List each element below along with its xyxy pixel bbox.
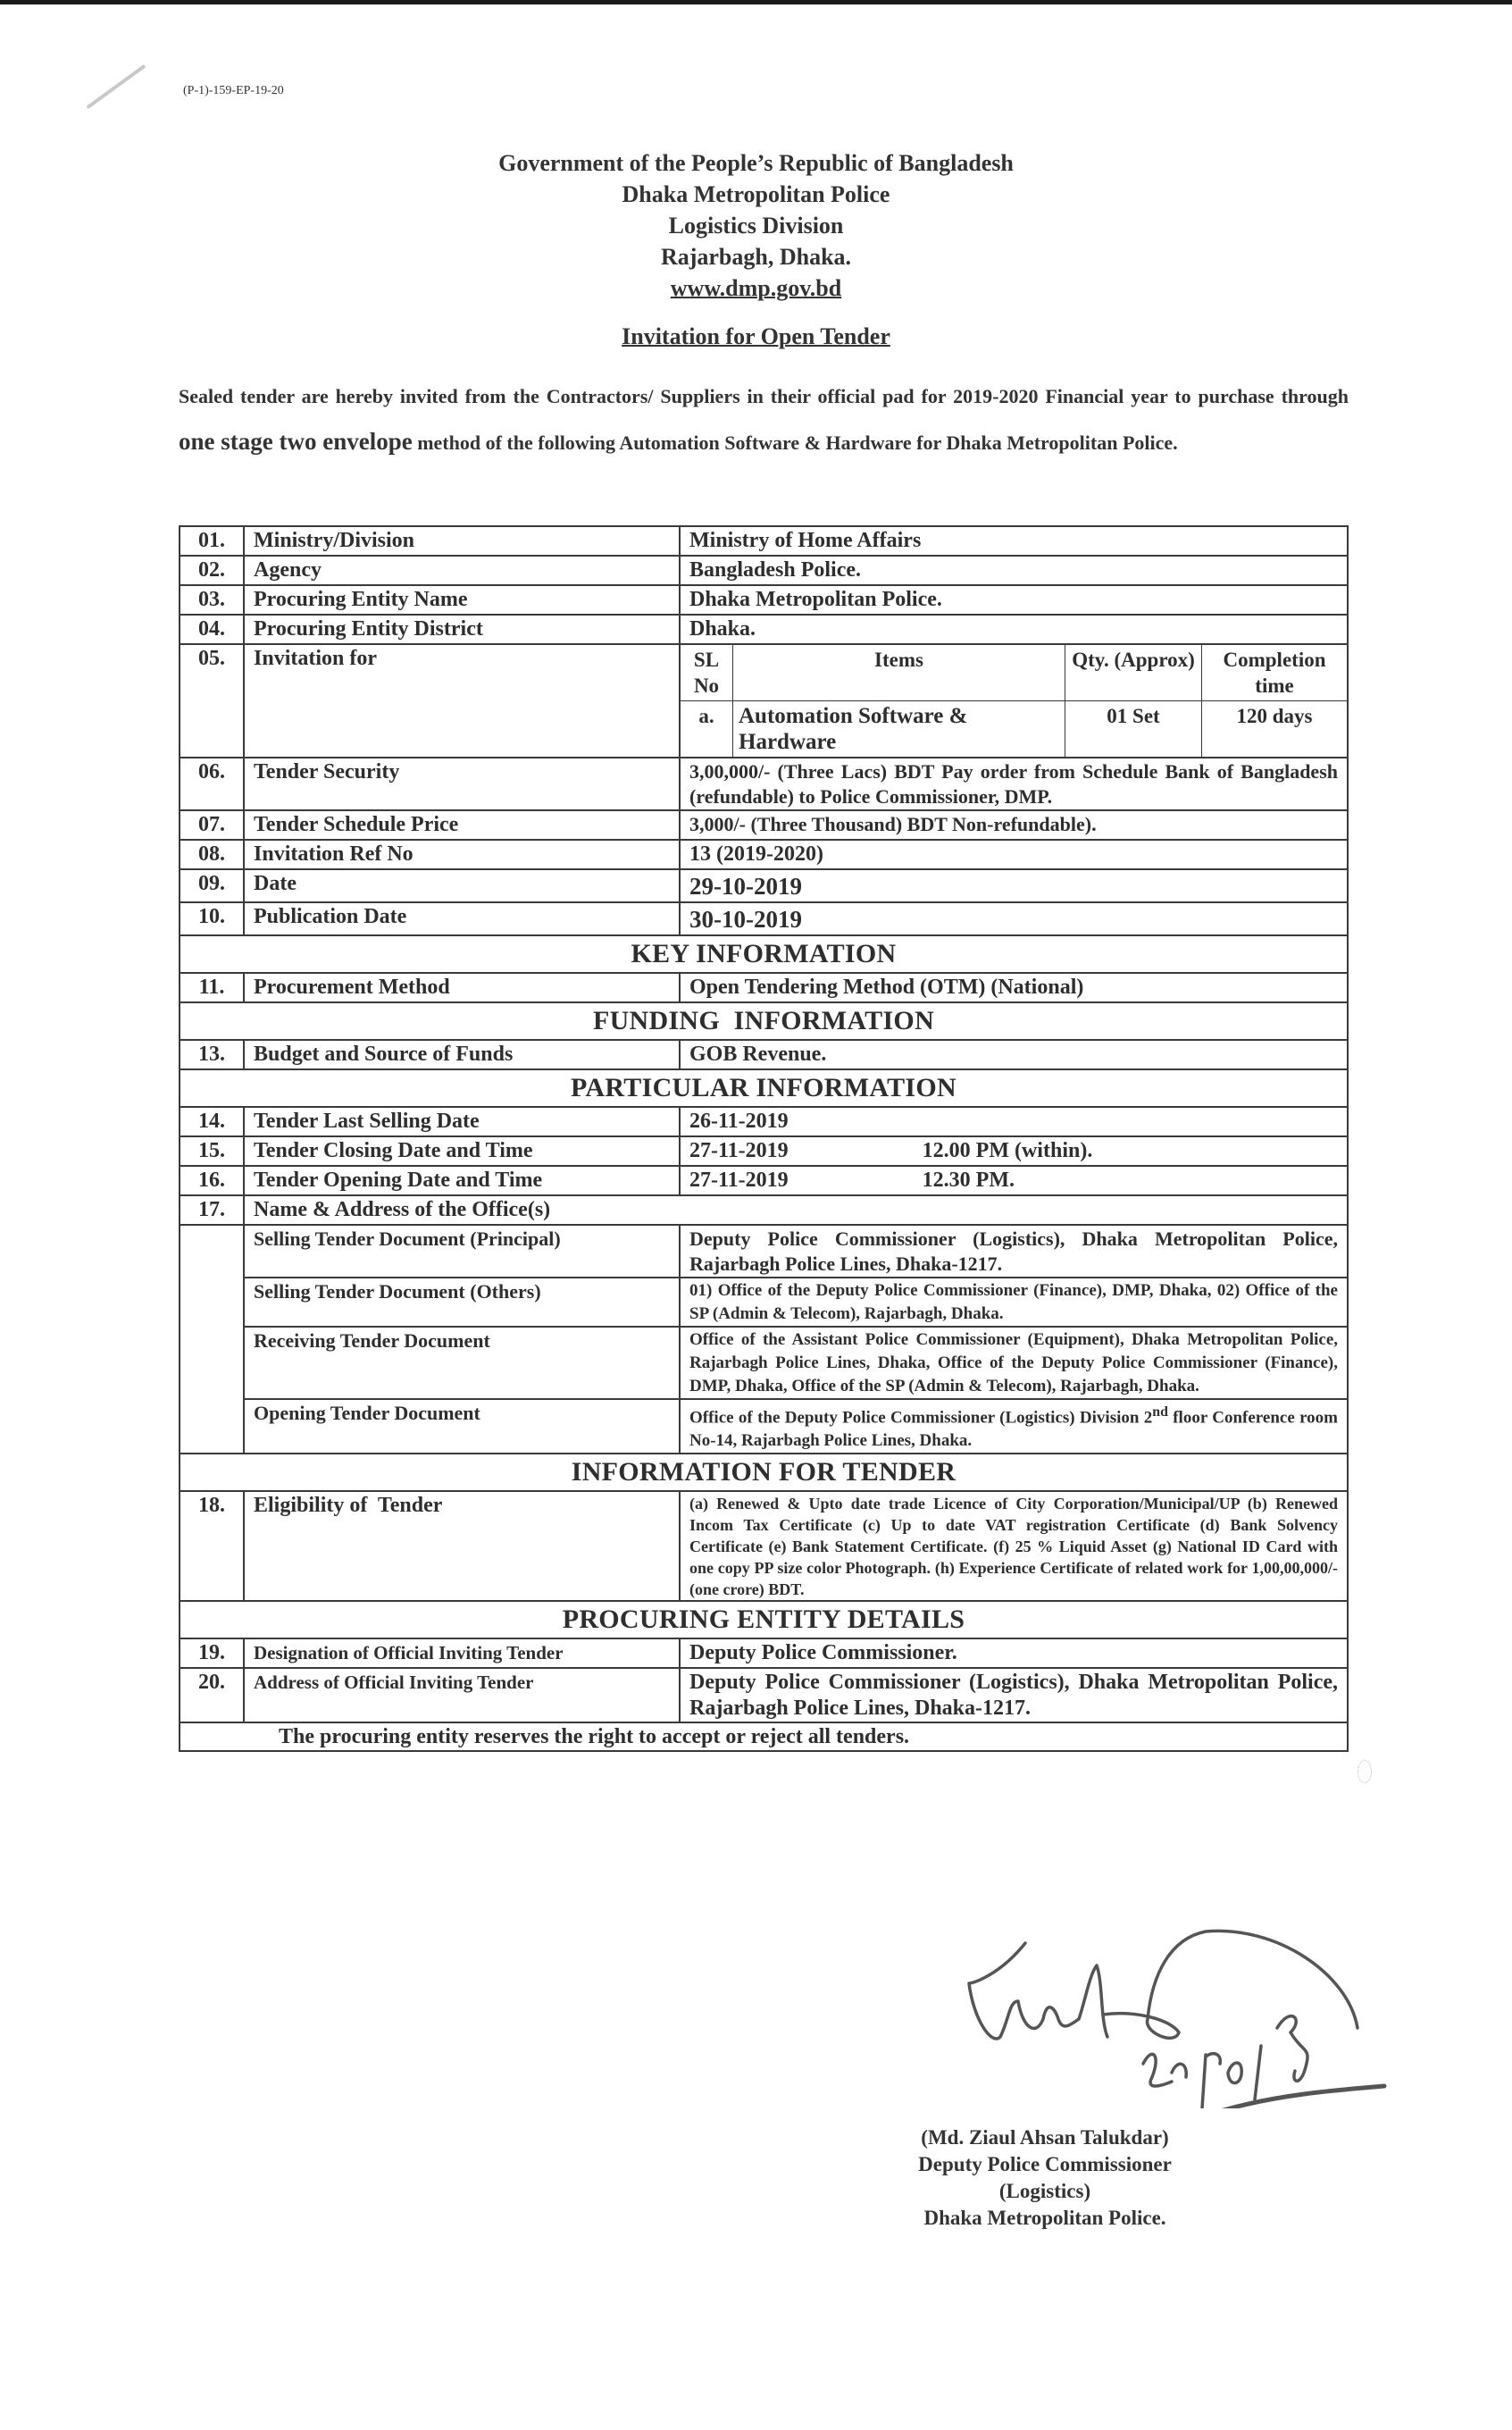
intro-text-1: Sealed tender are hereby invited from th… bbox=[179, 385, 1349, 407]
pencil-mark bbox=[86, 64, 146, 109]
section-particular-information: PARTICULAR INFORMATION bbox=[180, 1069, 1348, 1107]
table-row: 05. Invitation for SL No Items Qty. (App… bbox=[180, 644, 1348, 758]
signatory-designation: Deputy Police Commissioner bbox=[857, 2151, 1232, 2178]
row-number: 02. bbox=[180, 556, 244, 585]
row-value: 3,00,000/- (Three Lacs) BDT Pay order fr… bbox=[680, 758, 1348, 810]
office-value: Office of the Assistant Police Commissio… bbox=[680, 1327, 1348, 1399]
row-number: 07. bbox=[180, 810, 244, 840]
item-completion-time: 120 days bbox=[1202, 701, 1348, 758]
opening-time: 12.30 PM. bbox=[923, 1169, 1015, 1192]
office-value: Office of the Deputy Police Commissioner… bbox=[680, 1399, 1348, 1454]
row-label: Designation of Official Inviting Tender bbox=[244, 1638, 680, 1668]
row-number: 20. bbox=[180, 1668, 244, 1722]
closing-date: 27-11-2019 bbox=[689, 1139, 789, 1162]
row-value: 27-11-201912.00 PM (within). bbox=[680, 1136, 1348, 1166]
row-label: Invitation for bbox=[244, 644, 680, 758]
row-label: Procuring Entity District bbox=[244, 615, 680, 644]
letterhead-organization: Dhaka Metropolitan Police bbox=[0, 179, 1512, 210]
website-link[interactable]: www.dmp.gov.bd bbox=[671, 275, 841, 301]
handwritten-signature bbox=[938, 1921, 1474, 2108]
row-number: 06. bbox=[180, 758, 244, 810]
office-label: Selling Tender Document (Others) bbox=[244, 1278, 680, 1327]
section-row: FUNDING INFORMATION bbox=[180, 1002, 1348, 1040]
office-row: Receiving Tender Document Office of the … bbox=[180, 1327, 1348, 1399]
items-header-row: SL No Items Qty. (Approx) Completion tim… bbox=[681, 645, 1347, 701]
closing-time: 12.00 PM (within). bbox=[923, 1139, 1093, 1162]
tender-info-table: 01. Ministry/Division Ministry of Home A… bbox=[179, 525, 1349, 1752]
row-number: 13. bbox=[180, 1040, 244, 1069]
section-row: PARTICULAR INFORMATION bbox=[180, 1069, 1348, 1107]
table-row: 01. Ministry/Division Ministry of Home A… bbox=[180, 526, 1348, 556]
row-value: 29-10-2019 bbox=[680, 869, 1348, 902]
office-value: 01) Office of the Deputy Police Commissi… bbox=[680, 1278, 1348, 1327]
items-row: a. Automation Software & Hardware 01 Set… bbox=[681, 701, 1347, 758]
office-row: Selling Tender Document (Principal) Depu… bbox=[180, 1225, 1348, 1278]
letterhead-government: Government of the People’s Republic of B… bbox=[0, 147, 1512, 179]
table-row: 13. Budget and Source of Funds GOB Reven… bbox=[180, 1040, 1348, 1069]
section-procuring-entity-details: PROCURING ENTITY DETAILS bbox=[180, 1601, 1348, 1638]
letterhead-division: Logistics Division bbox=[0, 210, 1512, 241]
row-value: 30-10-2019 bbox=[680, 902, 1348, 935]
item-qty: 01 Set bbox=[1065, 701, 1202, 758]
row-value: Deputy Police Commissioner. bbox=[680, 1638, 1348, 1668]
row-number: 05. bbox=[180, 644, 244, 758]
row-label: Tender Opening Date and Time bbox=[244, 1166, 680, 1195]
table-row: 06. Tender Security 3,00,000/- (Three La… bbox=[180, 758, 1348, 810]
intro-emphasis: one stage two envelope bbox=[179, 428, 413, 455]
row-number: 10. bbox=[180, 902, 244, 935]
items-header-items: Items bbox=[733, 645, 1065, 701]
row-label: Procuring Entity Name bbox=[244, 585, 680, 615]
table-row: 17. Name & Address of the Office(s) bbox=[180, 1195, 1348, 1225]
items-table: SL No Items Qty. (Approx) Completion tim… bbox=[681, 645, 1347, 757]
row-value: Bangladesh Police. bbox=[680, 556, 1348, 585]
footer-row: The procuring entity reserves the right … bbox=[180, 1722, 1348, 1751]
row-number: 15. bbox=[180, 1136, 244, 1166]
table-row: 03. Procuring Entity Name Dhaka Metropol… bbox=[180, 585, 1348, 615]
row-number: 11. bbox=[180, 973, 244, 1002]
row-value: Deputy Police Commissioner (Logistics), … bbox=[680, 1668, 1348, 1722]
row-label: Procurement Method bbox=[244, 973, 680, 1002]
row-value: 27-11-201912.30 PM. bbox=[680, 1166, 1348, 1195]
row-number: 14. bbox=[180, 1107, 244, 1136]
section-funding-information: FUNDING INFORMATION bbox=[180, 1002, 1348, 1040]
row-value: (a) Renewed & Upto date trade Licence of… bbox=[680, 1491, 1348, 1601]
margin-mark bbox=[1357, 1760, 1372, 1783]
row-number: 04. bbox=[180, 615, 244, 644]
row-value: Dhaka. bbox=[680, 615, 1348, 644]
table-row: 18. Eligibility of Tender (a) Renewed & … bbox=[180, 1491, 1348, 1601]
office-label: Selling Tender Document (Principal) bbox=[244, 1225, 680, 1278]
signatory-name: (Md. Ziaul Ahsan Talukdar) bbox=[857, 2124, 1232, 2151]
row-number: 16. bbox=[180, 1166, 244, 1195]
table-row: 09. Date 29-10-2019 bbox=[180, 869, 1348, 902]
row-label: Address of Official Inviting Tender bbox=[244, 1668, 680, 1722]
letterhead-location: Rajarbagh, Dhaka. bbox=[0, 241, 1512, 272]
table-row: 10. Publication Date 30-10-2019 bbox=[180, 902, 1348, 935]
row-value: 26-11-2019 bbox=[680, 1107, 1348, 1136]
section-row: INFORMATION FOR TENDER bbox=[180, 1454, 1348, 1491]
row-label: Invitation Ref No bbox=[244, 840, 680, 869]
table-row: 16. Tender Opening Date and Time 27-11-2… bbox=[180, 1166, 1348, 1195]
table-row: 20. Address of Official Inviting Tender … bbox=[180, 1668, 1348, 1722]
row-number: 18. bbox=[180, 1491, 244, 1601]
table-row: 08. Invitation Ref No 13 (2019-2020) bbox=[180, 840, 1348, 869]
section-row: PROCURING ENTITY DETAILS bbox=[180, 1601, 1348, 1638]
row-number: 01. bbox=[180, 526, 244, 556]
row-number-blank bbox=[180, 1225, 244, 1454]
section-key-information: KEY INFORMATION bbox=[180, 935, 1348, 973]
row-label: Eligibility of Tender bbox=[244, 1491, 680, 1601]
scan-top-edge bbox=[0, 0, 1512, 4]
row-value: Dhaka Metropolitan Police. bbox=[680, 585, 1348, 615]
row-label: Agency bbox=[244, 556, 680, 585]
signatory-department: (Logistics) bbox=[857, 2178, 1232, 2205]
items-header-qty: Qty. (Approx) bbox=[1065, 645, 1202, 701]
office-value: Deputy Police Commissioner (Logistics), … bbox=[680, 1225, 1348, 1278]
reference-code: (P-1)-159-EP-19-20 bbox=[183, 84, 284, 98]
row-label: Tender Schedule Price bbox=[244, 810, 680, 840]
row-label: Tender Last Selling Date bbox=[244, 1107, 680, 1136]
office-value-superscript: nd bbox=[1152, 1404, 1168, 1420]
office-label: Opening Tender Document bbox=[244, 1399, 680, 1454]
reservation-note: The procuring entity reserves the right … bbox=[180, 1722, 1348, 1751]
row-label: Name & Address of the Office(s) bbox=[244, 1195, 1348, 1225]
row-value: 3,000/- (Three Thousand) BDT Non-refunda… bbox=[680, 810, 1348, 840]
row-value: 13 (2019-2020) bbox=[680, 840, 1348, 869]
row-number: 08. bbox=[180, 840, 244, 869]
document-title: Invitation for Open Tender bbox=[0, 323, 1512, 350]
office-value-text: Office of the Deputy Police Commissioner… bbox=[689, 1408, 1152, 1427]
table-row: 14. Tender Last Selling Date 26-11-2019 bbox=[180, 1107, 1348, 1136]
office-label: Receiving Tender Document bbox=[244, 1327, 680, 1399]
row-value: Ministry of Home Affairs bbox=[680, 526, 1348, 556]
table-row: 04. Procuring Entity District Dhaka. bbox=[180, 615, 1348, 644]
item-name: Automation Software & Hardware bbox=[733, 701, 1065, 758]
row-number: 17. bbox=[180, 1195, 244, 1225]
items-cell: SL No Items Qty. (Approx) Completion tim… bbox=[680, 644, 1348, 758]
opening-date: 27-11-2019 bbox=[689, 1169, 789, 1192]
intro-paragraph: Sealed tender are hereby invited from th… bbox=[179, 373, 1349, 465]
office-row: Opening Tender Document Office of the De… bbox=[180, 1399, 1348, 1454]
row-label: Publication Date bbox=[244, 902, 680, 935]
letterhead: Government of the People’s Republic of B… bbox=[0, 147, 1512, 304]
items-header-time: Completion time bbox=[1202, 645, 1348, 701]
section-row: KEY INFORMATION bbox=[180, 935, 1348, 973]
signatory-organization: Dhaka Metropolitan Police. bbox=[857, 2205, 1232, 2232]
row-label: Budget and Source of Funds bbox=[244, 1040, 680, 1069]
row-label: Tender Closing Date and Time bbox=[244, 1136, 680, 1166]
table-row: 02. Agency Bangladesh Police. bbox=[180, 556, 1348, 585]
office-row: Selling Tender Document (Others) 01) Off… bbox=[180, 1278, 1348, 1327]
items-header-sl: SL No bbox=[681, 645, 733, 701]
signatory-block: (Md. Ziaul Ahsan Talukdar) Deputy Police… bbox=[857, 2124, 1232, 2232]
row-number: 03. bbox=[180, 585, 244, 615]
row-value: GOB Revenue. bbox=[680, 1040, 1348, 1069]
table-row: 15. Tender Closing Date and Time 27-11-2… bbox=[180, 1136, 1348, 1166]
intro-text-2: method of the following Automation Softw… bbox=[413, 432, 1178, 454]
item-sl: a. bbox=[681, 701, 733, 758]
section-information-for-tender: INFORMATION FOR TENDER bbox=[180, 1454, 1348, 1491]
table-row: 11. Procurement Method Open Tendering Me… bbox=[180, 973, 1348, 1002]
table-row: 19. Designation of Official Inviting Ten… bbox=[180, 1638, 1348, 1668]
row-label: Ministry/Division bbox=[244, 526, 680, 556]
row-number: 19. bbox=[180, 1638, 244, 1668]
row-label: Date bbox=[244, 869, 680, 902]
table-row: 07. Tender Schedule Price 3,000/- (Three… bbox=[180, 810, 1348, 840]
row-number: 09. bbox=[180, 869, 244, 902]
row-value: Open Tendering Method (OTM) (National) bbox=[680, 973, 1348, 1002]
row-label: Tender Security bbox=[244, 758, 680, 810]
